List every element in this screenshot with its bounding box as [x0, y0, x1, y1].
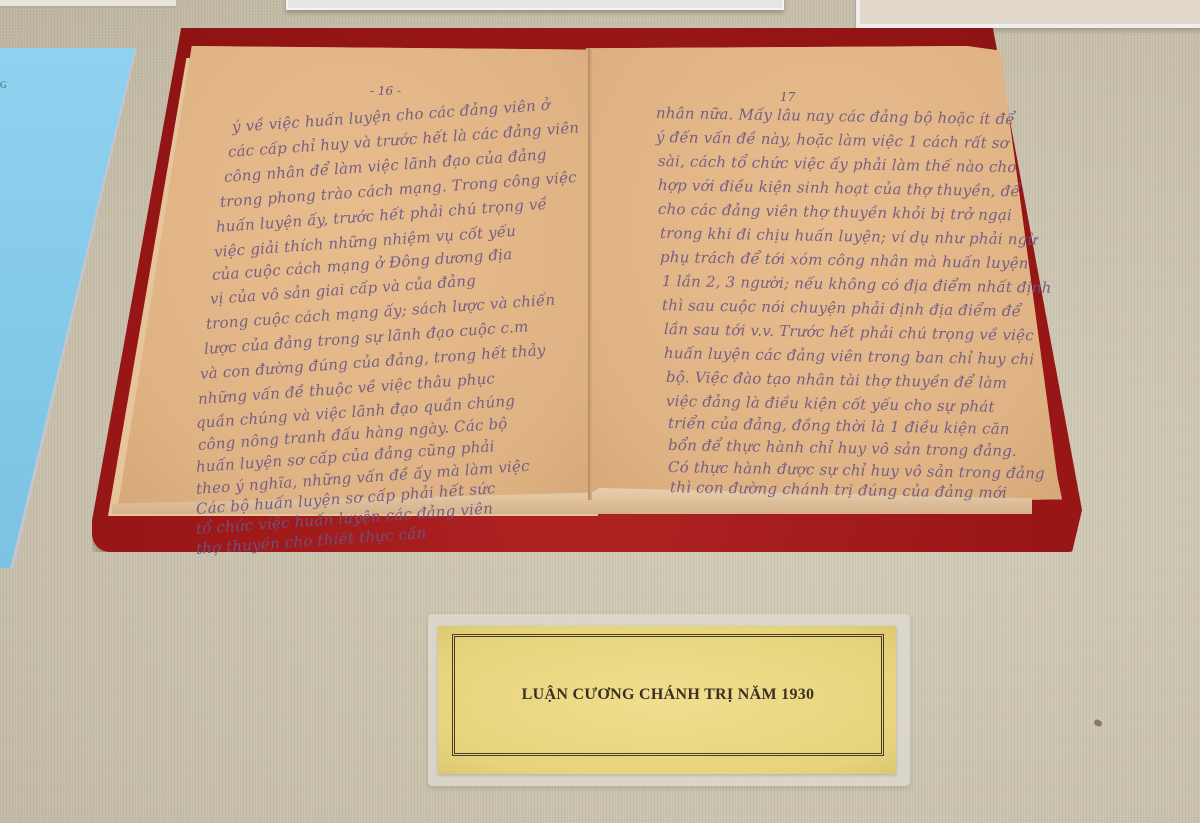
- left-page-number: - 16 -: [370, 84, 401, 98]
- right-page-number: 17: [780, 90, 795, 104]
- museum-display-scene: G - 16 - ý về việc huấn luyện cho các đả…: [0, 0, 1200, 823]
- top-right-document-edge: [856, 0, 1200, 28]
- top-left-paper-edge: [0, 0, 176, 8]
- debris-speck: [1093, 718, 1103, 727]
- notebook-gutter: [588, 48, 592, 500]
- caption-label-title: LUẬN CƯƠNG CHÁNH TRỊ NĂM 1930: [522, 686, 815, 704]
- blue-booklet-text: G: [0, 80, 8, 90]
- top-center-document-edge: [286, 0, 784, 10]
- caption-label-frame: LUẬN CƯƠNG CHÁNH TRỊ NĂM 1930: [452, 634, 884, 756]
